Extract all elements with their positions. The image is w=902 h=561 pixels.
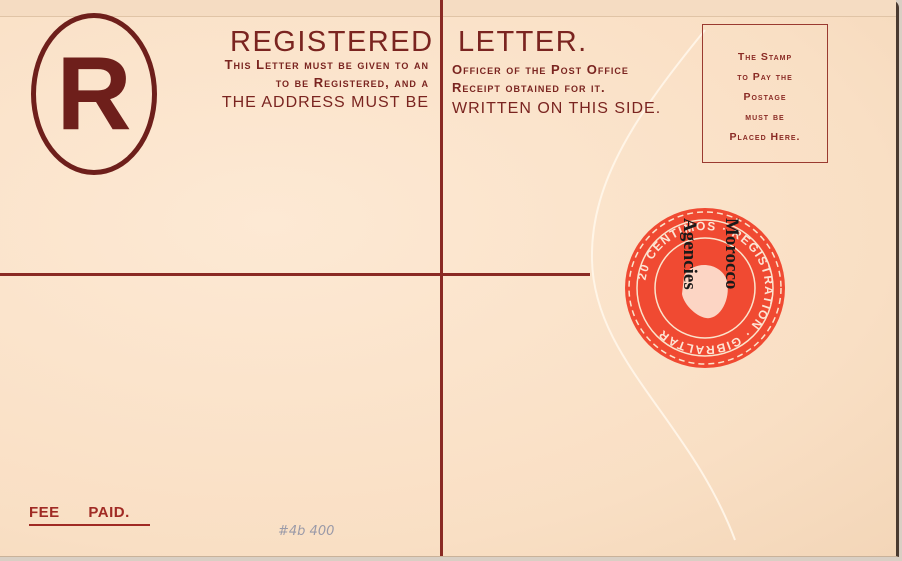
overprint-morocco: Morocco bbox=[721, 218, 742, 289]
pencil-note: #4b 400 bbox=[278, 524, 334, 539]
overprint-agencies: Agencies bbox=[679, 218, 700, 290]
instruction-line1-left: This Letter must be given to an bbox=[225, 57, 429, 72]
address-line-right: WRITTEN ON THIS SIDE. bbox=[452, 100, 661, 118]
fee-underline bbox=[29, 524, 150, 526]
stamp-box-line: Placed Here. bbox=[703, 127, 827, 147]
stamp-box-line: The Stamp bbox=[703, 47, 827, 67]
registered-r-logo: R bbox=[31, 13, 157, 175]
stamp-placement-box: The Stamp to Pay the Postage must be Pla… bbox=[702, 24, 828, 163]
embossed-stamp-icon: 20 CENTIMOS · REGISTRATION · GIBRALTAR M… bbox=[622, 206, 788, 370]
envelope: R REGISTERED LETTER. This Letter must be… bbox=[0, 0, 899, 557]
r-letter: R bbox=[36, 38, 152, 150]
instruction-line2-left: to be Registered, and a bbox=[276, 75, 429, 90]
title-letter: LETTER. bbox=[458, 26, 588, 59]
instruction-line2-right: Receipt obtained for it. bbox=[452, 80, 606, 95]
title-registered: REGISTERED bbox=[230, 26, 434, 59]
stamp-box-line: Postage bbox=[703, 87, 827, 107]
address-line-left: THE ADDRESS MUST BE bbox=[222, 94, 429, 112]
fee-paid-label: FEE PAID. bbox=[29, 504, 130, 521]
stamp-box-line: must be bbox=[703, 107, 827, 127]
fee-label: FEE bbox=[29, 504, 60, 521]
stamp-box-line: to Pay the bbox=[703, 67, 827, 87]
paid-label: PAID. bbox=[88, 504, 129, 521]
instruction-line1-right: Officer of the Post Office bbox=[452, 62, 629, 77]
